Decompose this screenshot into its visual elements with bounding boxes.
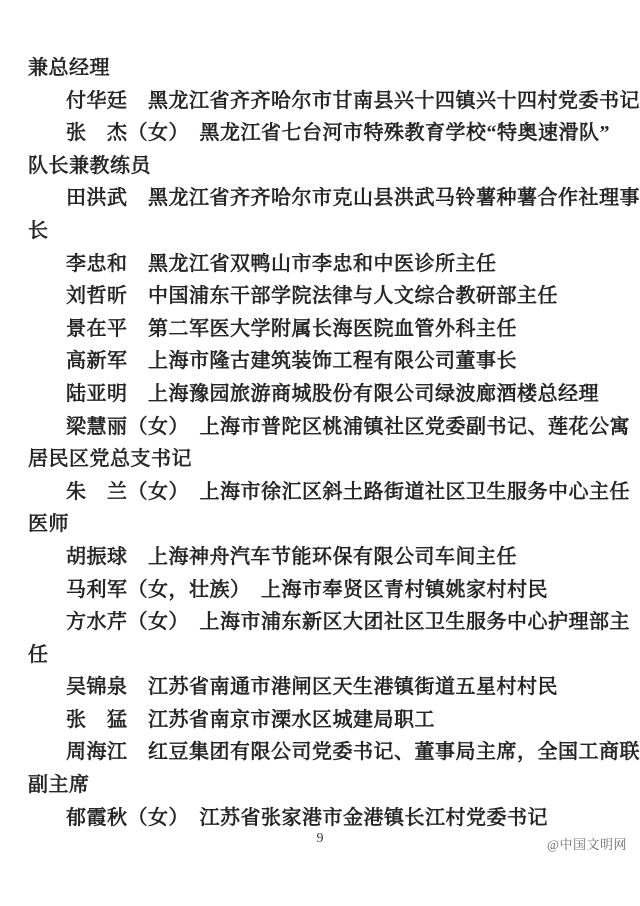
watermark: @中国文明网 (547, 834, 627, 853)
text-line: 高新军 上海市隆古建筑装饰工程有限公司董事长 (28, 345, 616, 378)
body-text: 兼总经理付华廷 黑龙江省齐齐哈尔市甘南县兴十四镇兴十四村党委书记张 杰（女） 黑… (0, 0, 640, 834)
text-line: 马利军（女，壮族） 上海市奉贤区青村镇姚家村村民 (28, 574, 616, 607)
text-line: 梁慧丽（女） 上海市普陀区桃浦镇社区党委副书记、莲花公寓 (28, 411, 616, 444)
text-line: 胡振球 上海神舟汽车节能环保有限公司车间主任 (28, 541, 616, 574)
text-line: 郁霞秋（女） 江苏省张家港市金港镇长江村党委书记 (28, 802, 616, 835)
text-line: 方水芹（女） 上海市浦东新区大团社区卫生服务中心护理部主 (28, 606, 616, 639)
text-line: 付华廷 黑龙江省齐齐哈尔市甘南县兴十四镇兴十四村党委书记 (28, 85, 616, 118)
text-line: 兼总经理 (28, 52, 616, 85)
text-line: 任 (28, 639, 616, 672)
text-line: 副主席 (28, 769, 616, 802)
text-line: 刘哲昕 中国浦东干部学院法律与人文综合教研部主任 (28, 280, 616, 313)
text-line: 田洪武 黑龙江省齐齐哈尔市克山县洪武马铃薯种薯合作社理事 (28, 182, 616, 215)
text-line: 朱 兰（女） 上海市徐汇区斜土路街道社区卫生服务中心主任 (28, 476, 616, 509)
text-line: 居民区党总支书记 (28, 443, 616, 476)
text-line: 周海江 红豆集团有限公司党委书记、董事局主席，全国工商联 (28, 736, 616, 769)
text-line: 张 杰（女） 黑龙江省七台河市特殊教育学校“特奥速滑队” (28, 117, 616, 150)
document-page: 兼总经理付华廷 黑龙江省齐齐哈尔市甘南县兴十四镇兴十四村党委书记张 杰（女） 黑… (0, 0, 640, 906)
text-line: 陆亚明 上海豫园旅游商城股份有限公司绿波廊酒楼总经理 (28, 378, 616, 411)
text-line: 长 (28, 215, 616, 248)
page-number: 9 (0, 831, 640, 847)
text-line: 队长兼教练员 (28, 150, 616, 183)
text-line: 景在平 第二军医大学附属长海医院血管外科主任 (28, 313, 616, 346)
text-line: 吴锦泉 江苏省南通市港闸区天生港镇街道五星村村民 (28, 671, 616, 704)
text-line: 张 猛 江苏省南京市溧水区城建局职工 (28, 704, 616, 737)
text-line: 李忠和 黑龙江省双鸭山市李忠和中医诊所主任 (28, 248, 616, 281)
text-line: 医师 (28, 508, 616, 541)
page-footer: 9 @中国文明网 (0, 831, 640, 855)
